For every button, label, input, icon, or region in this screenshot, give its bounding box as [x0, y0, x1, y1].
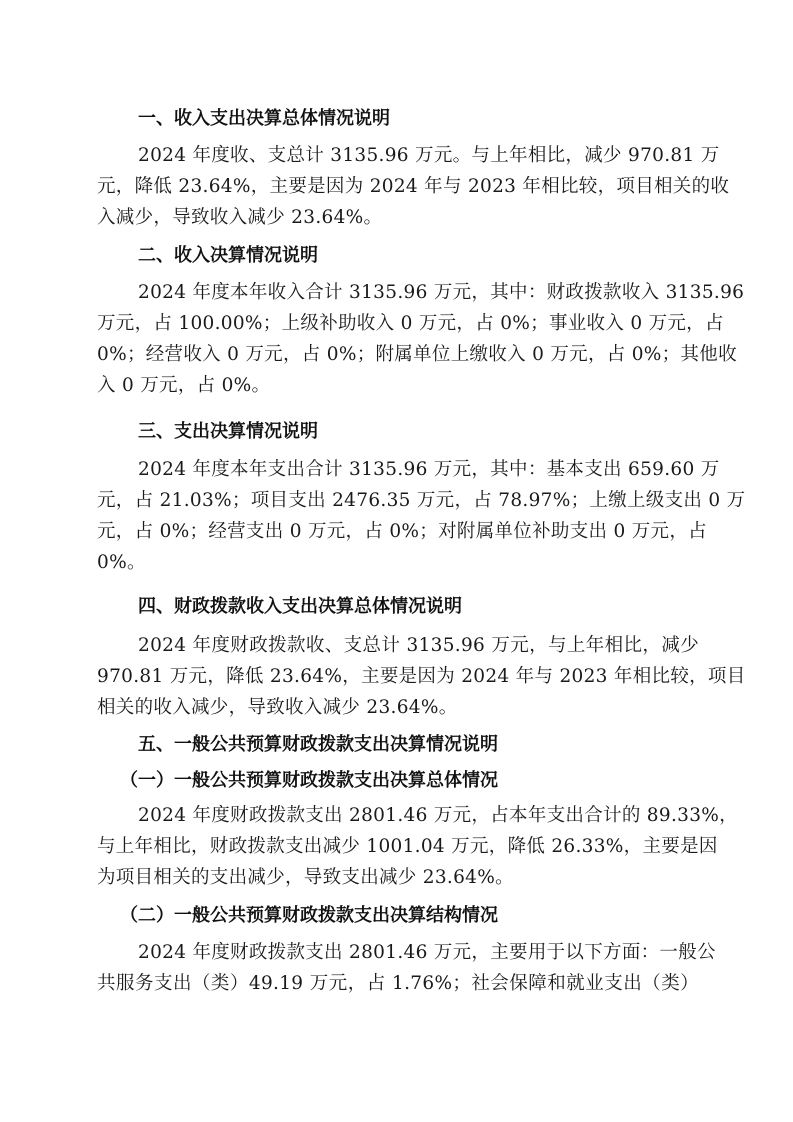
section-2-heading: 二、收入决算情况说明	[138, 244, 318, 268]
section-4-line-2: 970.81 万元，降低 23.64%，主要是因为 2024 年与 2023 年…	[97, 665, 699, 689]
document-page: 一、收入支出决算总体情况说明 2024 年度收、支总计 3135.96 万元。与…	[0, 0, 793, 1122]
section-4-line-1: 2024 年度财政拨款收、支总计 3135.96 万元，与上年相比，减少	[138, 634, 699, 658]
section-1-line-2: 元，降低 23.64%，主要是因为 2024 年与 2023 年相比较，项目相关…	[97, 175, 699, 199]
section-3-line-2: 元，占 21.03%；项目支出 2476.35 万元，占 78.97%；上缴上级…	[97, 489, 699, 513]
section-4-heading: 四、财政拨款收入支出决算总体情况说明	[138, 595, 462, 619]
section-5-heading: 五、一般公共预算财政拨款支出决算情况说明	[138, 733, 498, 757]
section-2-line-2: 万元，占 100.00%；上级补助收入 0 万元，占 0%；事业收入 0 万元，…	[97, 312, 699, 336]
subsection-5-1-line-1: 2024 年度财政拨款支出 2801.46 万元，占本年支出合计的 89.33%…	[138, 804, 699, 828]
section-4-line-3: 相关的收入减少，导致收入减少 23.64%。	[97, 696, 699, 720]
section-3-line-4: 0%。	[97, 551, 699, 575]
subsection-5-2-line-2: 共服务支出（类）49.19 万元，占 1.76%；社会保障和就业支出（类）	[97, 972, 699, 996]
subsection-5-1-line-2: 与上年相比，财政拨款支出减少 1001.04 万元，降低 26.33%，主要是因	[97, 835, 699, 859]
section-1-line-1: 2024 年度收、支总计 3135.96 万元。与上年相比，减少 970.81 …	[138, 144, 699, 168]
section-3-line-1: 2024 年度本年支出合计 3135.96 万元，其中：基本支出 659.60 …	[138, 458, 699, 482]
section-2-line-1: 2024 年度本年收入合计 3135.96 万元，其中：财政拨款收入 3135.…	[138, 281, 699, 305]
section-3-heading: 三、支出决算情况说明	[138, 420, 318, 444]
section-1-heading: 一、收入支出决算总体情况说明	[138, 107, 390, 131]
section-1-line-3: 入减少，导致收入减少 23.64%。	[97, 206, 699, 230]
section-3-line-3: 元，占 0%；经营支出 0 万元，占 0%；对附属单位补助支出 0 万元，占	[97, 520, 699, 544]
subsection-5-2-line-1: 2024 年度财政拨款支出 2801.46 万元，主要用于以下方面：一般公	[138, 941, 699, 965]
section-2-line-3: 0%；经营收入 0 万元，占 0%；附属单位上缴收入 0 万元，占 0%；其他收	[97, 343, 699, 367]
subsection-5-1-line-3: 为项目相关的支出减少，导致支出减少 23.64%。	[97, 866, 699, 890]
section-2-line-4: 入 0 万元，占 0%。	[97, 374, 699, 398]
subsection-5-2-heading: （二）一般公共预算财政拨款支出决算结构情况	[120, 904, 498, 928]
subsection-5-1-heading: （一）一般公共预算财政拨款支出决算总体情况	[120, 769, 498, 793]
